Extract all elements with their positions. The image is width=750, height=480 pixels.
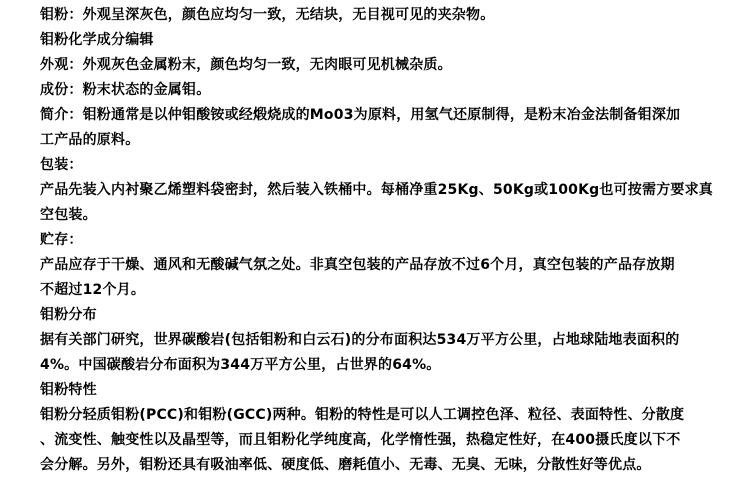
introduction-line: 简介：钼粉通常是以仲钼酸铵或经煅烧成的Mo03为原料，用氢气还原制得，是粉末冶金…	[40, 103, 720, 128]
introduction-line-cont: 工产品的原料。	[40, 128, 720, 153]
appearance-line: 外观：外观灰色金属粉末，颜色均匀一致，无肉眼可见机械杂质。	[40, 53, 720, 78]
section-heading-distribution: 钼粉分布	[40, 303, 720, 328]
properties-line-1: 钼粉分轻质钼粉(PCC)和钼粉(GCC)两种。钼粉的特性是可以人工调控色泽、粒径…	[40, 403, 720, 428]
storage-line-cont: 不超过12个月。	[40, 278, 720, 303]
distribution-line-cont: 4%。中国碳酸岩分布面积为344万平方公里，占世界的64%。	[40, 353, 720, 378]
properties-line-3: 会分解。另外，钼粉还具有吸油率低、硬度低、磨耗值小、无毒、无臭、无味，分散性好等…	[40, 453, 720, 478]
section-heading-storage: 贮存：	[40, 228, 720, 253]
appearance-summary-line: 钼粉：外观呈深灰色，颜色应均匀一致，无结块，无目视可见的夹杂物。	[40, 3, 720, 28]
section-heading-chemical-composition: 钼粉化学成分编辑	[40, 28, 720, 53]
properties-line-2: 、流变性、触变性以及晶型等，而且钼粉化学纯度高，化学惰性强，热稳定性好，在400…	[40, 428, 720, 453]
packaging-line: 产品先装入内衬聚乙烯塑料袋密封，然后装入铁桶中。每桶净重25Kg、50Kg或10…	[40, 178, 720, 203]
packaging-line-cont: 空包装。	[40, 203, 720, 228]
section-heading-packaging: 包装：	[40, 153, 720, 178]
composition-line: 成份：粉末状态的金属钼。	[40, 78, 720, 103]
document-body: 钼粉：外观呈深灰色，颜色应均匀一致，无结块，无目视可见的夹杂物。 钼粉化学成分编…	[40, 3, 720, 478]
storage-line: 产品应存于干燥、通风和无酸碱气氛之处。非真空包装的产品存放不过6个月，真空包装的…	[40, 253, 720, 278]
section-heading-properties: 钼粉特性	[40, 378, 720, 403]
distribution-line: 据有关部门研究，世界碳酸岩(包括钼粉和白云石)的分布面积达534万平方公里，占地…	[40, 328, 720, 353]
